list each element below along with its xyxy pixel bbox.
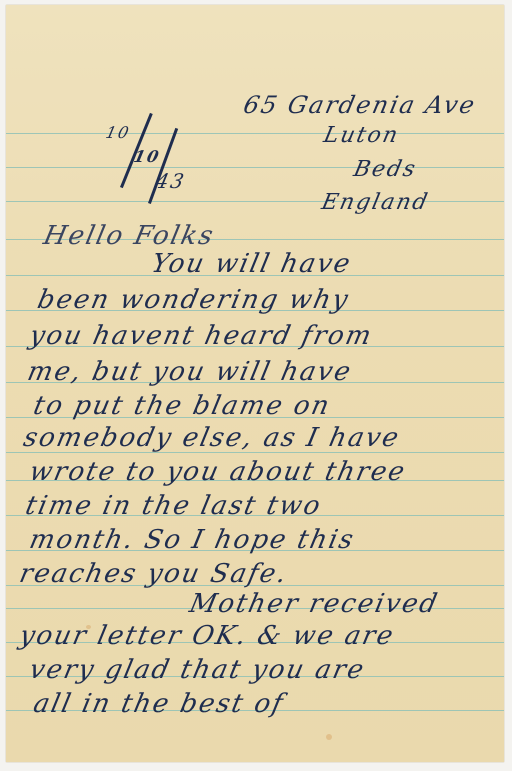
- salutation: Hello Folks: [41, 221, 218, 251]
- address-line: 65 Gardenia Ave: [241, 91, 479, 119]
- body-line: wrote to you about three: [27, 457, 409, 487]
- body-line: me, but you will have: [25, 357, 355, 387]
- body-line: somebody else, as I have: [21, 423, 403, 453]
- address-line: Beds: [351, 157, 419, 182]
- body-line: you havent heard from: [27, 321, 376, 351]
- paper-stain: [326, 734, 332, 740]
- address-line: England: [319, 190, 431, 215]
- date-year: 43: [153, 169, 188, 193]
- body-line: all in the best of: [31, 689, 287, 719]
- ruled-line: [6, 201, 504, 202]
- body-line: been wondering why: [35, 285, 353, 315]
- body-line: You will have: [149, 249, 355, 279]
- ruled-line: [6, 133, 504, 134]
- ruled-line: [6, 167, 504, 168]
- body-line: very glad that you are: [27, 655, 368, 685]
- date-month: 10: [132, 147, 162, 166]
- body-line: Mother received: [187, 589, 442, 619]
- body-line: time in the last two: [23, 491, 325, 521]
- body-line: reaches you Safe.: [17, 559, 291, 589]
- body-line: your letter OK. & we are: [17, 621, 398, 651]
- body-line: to put the blame on: [31, 391, 334, 421]
- letter-page: 10 10 43 65 Gardenia Ave Luton Beds Engl…: [6, 5, 504, 762]
- body-line: month. So I hope this: [27, 525, 358, 555]
- date-day: 10: [104, 123, 132, 142]
- address-line: Luton: [321, 123, 401, 148]
